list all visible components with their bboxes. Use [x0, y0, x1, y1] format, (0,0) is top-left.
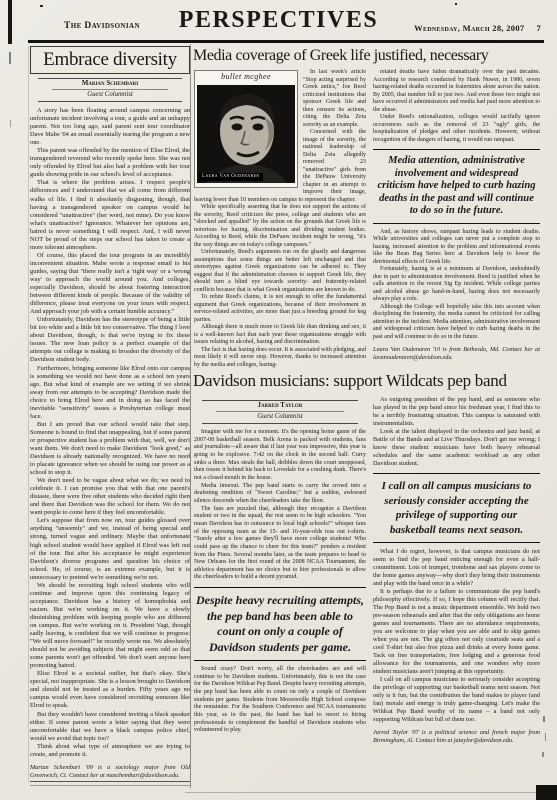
portrait-face-graphic [197, 85, 295, 183]
pull-quote-recruiting: Despite heavy recruiting attempts, the p… [194, 587, 366, 661]
header-rule [28, 40, 544, 43]
photo-credit: Laura Van Oudenaren [199, 173, 263, 181]
paragraph: And, as history shows, rampant hazing le… [373, 229, 540, 267]
article-embrace-diversity: Embrace diversity Marian Schembari Guest… [30, 46, 190, 788]
paragraph: Think about what type of atmosphere we a… [30, 743, 190, 759]
dateline: Wednesday, March 28, 20077 [414, 23, 541, 33]
author-illustration: bullet mcghee Laura Van Oudenaren [194, 70, 298, 188]
author-name: Jarred Taylor [216, 402, 344, 412]
paragraph: That is where the problem arises. I resp… [30, 179, 190, 251]
paragraph: I call on all campus musicians to seriou… [373, 676, 540, 724]
paragraph: The fact is that hazing does occur. It i… [194, 347, 366, 369]
paragraph: While specifically asserting that he doe… [194, 204, 366, 249]
greek-column-1: bullet mcghee Laura Van Oudenaren [194, 69, 366, 368]
paragraph: Media timeout. The pep band starts to ca… [194, 483, 366, 506]
paragraph: The fans are puzzled that, although they… [194, 506, 366, 583]
page-bottom-rule [185, 792, 557, 793]
pull-quote-call-to-musicians: I call on all campus musicians to seriou… [373, 473, 540, 543]
scan-speck [40, 5, 43, 7]
paragraph: It is perhaps due to a failure to commun… [373, 588, 540, 676]
paragraph: What I do regret, however, is that campu… [373, 548, 540, 588]
paragraph: To refute Reed's claims, it is not enoug… [194, 294, 366, 324]
section-title: PERSPECTIVES [179, 7, 378, 34]
greek-column-2: related deaths have fallen dramatically … [373, 69, 540, 368]
pep-column-1: Jarred Taylor Guest Columnist Imagine wi… [194, 396, 366, 794]
paragraph: As outgoing president of the pep band, a… [373, 396, 540, 428]
author-contact-note: Laura Van Oudenaren '10 is from Bethesda… [373, 346, 540, 362]
headline-embrace-diversity: Embrace diversity [30, 46, 190, 74]
author-contact-note: Jarred Taylor '07 is a political science… [373, 729, 540, 745]
paragraph: Furthermore, bringing someone like Elrod… [30, 365, 190, 421]
scan-edge-artifact [9, 52, 11, 64]
paragraph: Imagine with me for a moment. It's the o… [194, 429, 366, 483]
paragraph: Sound crazy? Don't worry, all the cheerl… [194, 666, 366, 735]
scan-noise-mark [542, 752, 544, 757]
paragraph: We don't need to be vague about what we … [30, 477, 190, 517]
paragraph: Unfortunately, Reed's arguments run on t… [194, 249, 366, 294]
article-pep-band: Davidson musicians: support Wildcats pep… [193, 370, 540, 794]
author-contact-note: Marian Schembari '09 is a sociology majo… [30, 764, 190, 780]
paragraph: But I am proud that our school would tak… [30, 421, 190, 477]
author-name: Marian Schembari [52, 80, 168, 90]
paragraph: Although the College will hopefully take… [373, 304, 540, 342]
column-rule-left [28, 46, 29, 782]
pull-quote-greek: Media attention, administrative involvem… [373, 149, 540, 224]
greek-column-2-bottom-text: And, as history shows, rampant hazing le… [373, 229, 540, 342]
paragraph: related deaths have fallen dramatically … [373, 69, 540, 114]
headline-pep-band: Davidson musicians: support Wildcats pep… [193, 370, 540, 391]
paragraph: But they wouldn't have considered inviti… [30, 711, 190, 743]
author-role: Guest Columnist [38, 91, 182, 99]
pep-column-1-bottom-text: Sound crazy? Don't worry, all the cheerl… [194, 666, 366, 735]
issue-date: Wednesday, March 28, 2007 [414, 23, 524, 33]
byline-embrace-diversity: Marian Schembari Guest Columnist [38, 78, 182, 102]
left-column-bottom-rule [30, 781, 190, 782]
scan-edge-artifact [8, 0, 12, 44]
headline-greek-coverage: Media coverage of Greek life justified, … [193, 46, 540, 65]
paragraph: This parent was offended by the mention … [30, 147, 190, 179]
author-role: Guest Columnist [202, 413, 358, 421]
article-body: A story has been floating around campus … [30, 107, 190, 759]
pep-column-1-top-text: Imagine with me for a moment. It's the o… [194, 429, 366, 582]
byline-pep-band: Jarred Taylor Guest Columnist [202, 400, 358, 424]
newspaper-masthead: The Davidsonian [64, 21, 140, 31]
paragraph: Although there is much more to Greek lif… [194, 324, 366, 347]
pep-column-2: As outgoing president of the pep band, a… [373, 396, 540, 794]
scan-noise-mark [545, 733, 546, 741]
portrait-image: Laura Van Oudenaren [197, 85, 295, 183]
paragraph: A story has been floating around campus … [30, 107, 190, 147]
paragraph: Look at the talent displayed in the orch… [373, 428, 540, 468]
article-greek-coverage: Media coverage of Greek life justified, … [193, 46, 540, 368]
illustration-signature: bullet mcghee [197, 73, 295, 85]
page-number: 7 [536, 23, 541, 33]
paragraph: Unfortunately, Davidson has the stereoty… [30, 316, 190, 364]
paragraph: Under Reed's rationalization, colleges w… [373, 114, 540, 144]
pep-column-2-bottom-text: What I do regret, however, is that campu… [373, 548, 540, 724]
paragraph: Of course, this placed the tour program … [30, 252, 190, 316]
pep-column-2-top-text: As outgoing president of the pep band, a… [373, 396, 540, 468]
corner-photo-fragment [536, 785, 557, 800]
scan-speck [455, 3, 457, 5]
paragraph: Fortunately, hazing is at a minimum at D… [373, 266, 540, 304]
paragraph: We should be recruiting high school stud… [30, 582, 190, 671]
left-column-bottom-rule-2 [30, 785, 190, 786]
paragraph: Elise Elrod is a societal outlier, but t… [30, 670, 190, 710]
column-rule-middle [190, 44, 191, 788]
scan-edge-artifact [10, 120, 11, 127]
paragraph: Let's suppose that from now on, tour gui… [30, 517, 190, 581]
greek-column-2-top-text: related deaths have fallen dramatically … [373, 69, 540, 144]
scan-noise-mark [543, 716, 545, 722]
